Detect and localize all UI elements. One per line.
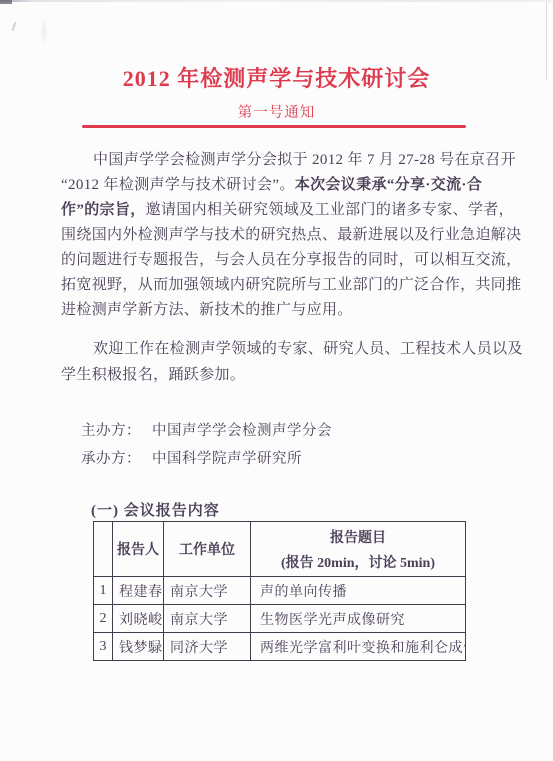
header-title-line1: 报告题目	[251, 527, 465, 547]
paragraph-line: 学生积极报名，踊跃参加。	[61, 362, 501, 388]
intro-paragraph: 中国声学学会检测声学分会拟于 2012 年 7 月 27-28 号在京召开 “2…	[61, 148, 501, 323]
page-subtitle: 第一号通知	[0, 101, 553, 122]
title-divider-rule	[82, 125, 466, 128]
header-title-line2: (报告 20min，讨论 5min)	[251, 552, 465, 572]
host-value: 中国声学学会检测声学分会	[152, 423, 332, 439]
scan-pen-mark	[12, 22, 17, 31]
host-line: 主办方：中国声学学会检测声学分会	[81, 417, 332, 445]
cell-no: 3	[94, 633, 113, 661]
header-cell-speaker: 报告人	[113, 522, 164, 577]
scanned-notice-page: 2012 年检测声学与技术研讨会 第一号通知 中国声学学会检测声学分会拟于 20…	[0, 0, 553, 761]
welcome-paragraph: 欢迎工作在检测声学领域的专家、研究人员、工程技术人员以及 学生积极报名，踊跃参加…	[61, 336, 501, 388]
undertaker-label: 承办方：	[81, 451, 141, 467]
table-row: 2 刘晓峻 南京大学 生物医学光声成像研究	[94, 605, 466, 633]
section-heading-report-content: (一) 会议报告内容	[91, 499, 220, 520]
cell-report-title: 声的单向传播	[251, 577, 466, 605]
organizer-block: 主办方：中国声学学会检测声学分会 承办方：中国科学院声学研究所	[81, 417, 332, 473]
paragraph-line: 中国声学学会检测声学分会拟于 2012 年 7 月 27-28 号在京召开	[61, 148, 501, 173]
cell-affiliation: 南京大学	[164, 577, 251, 605]
header-cell-affiliation: 工作单位	[164, 522, 251, 577]
paragraph-line: 欢迎工作在检测声学领域的专家、研究人员、工程技术人员以及	[61, 336, 501, 362]
report-table: 报告人 工作单位 报告题目 (报告 20min，讨论 5min) 1 程建春 南…	[93, 521, 466, 661]
paragraph-line: 作”的宗旨，邀请国内相关研究领域及工业部门的诸多专家、学者，	[61, 198, 501, 223]
cell-speaker: 刘晓峻	[113, 605, 164, 633]
cell-affiliation: 南京大学	[164, 605, 251, 633]
table-header-row: 报告人 工作单位 报告题目 (报告 20min，讨论 5min)	[94, 522, 466, 577]
scan-smudge	[40, 16, 48, 46]
paragraph-line: 拓宽视野，从而加强领域内研究院所与工业部门的广泛合作，共同推	[61, 273, 501, 298]
undertaker-line: 承办方：中国科学院声学研究所	[81, 445, 332, 473]
table-row: 3 钱梦騄 同济大学 两维光学富利叶变换和施利仑成像技术	[94, 633, 466, 661]
paragraph-line: “2012 年检测声学与技术研讨会”。本次会议秉承“分享·交流·合	[61, 173, 501, 198]
paragraph-line: 进检测声学新方法、新技术的推广与应用。	[61, 298, 501, 323]
cell-affiliation: 同济大学	[164, 633, 251, 661]
cell-no: 2	[94, 605, 113, 633]
table-row: 1 程建春 南京大学 声的单向传播	[94, 577, 466, 605]
header-cell-no	[94, 522, 113, 577]
cell-speaker: 程建春	[113, 577, 164, 605]
host-label: 主办方：	[81, 423, 141, 439]
cell-no: 1	[94, 577, 113, 605]
scan-corner-artifact	[0, 0, 12, 4]
page-title: 2012 年检测声学与技术研讨会	[0, 62, 553, 93]
undertaker-value: 中国科学院声学研究所	[152, 451, 302, 467]
cell-report-title: 生物医学光声成像研究	[251, 605, 466, 633]
cell-speaker: 钱梦騄	[113, 633, 164, 661]
scan-edge-artifact	[0, 0, 553, 2]
paragraph-line: 围绕国内外检测声学与技术的研究热点、最新进展以及行业急迫解决	[61, 223, 501, 248]
paragraph-line: 的问题进行专题报告，与会人员在分享报告的同时，可以相互交流，	[61, 248, 501, 273]
cell-report-title: 两维光学富利叶变换和施利仑成像技术	[251, 633, 466, 661]
header-cell-title: 报告题目 (报告 20min，讨论 5min)	[251, 522, 466, 577]
